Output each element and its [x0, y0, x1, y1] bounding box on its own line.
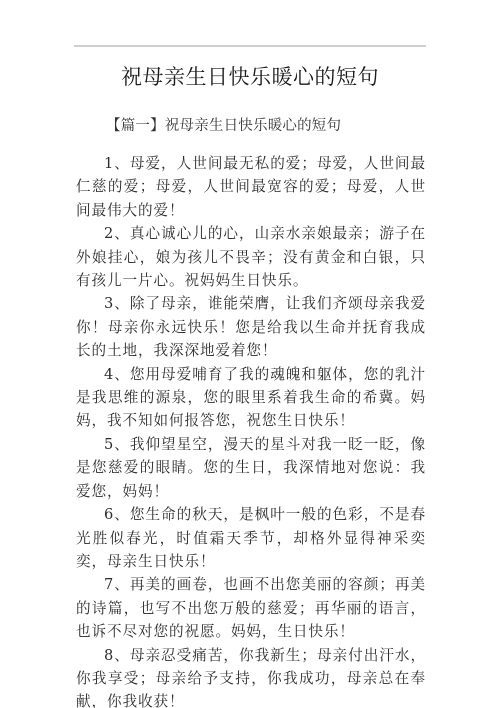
paragraph-3: 3、除了母亲，谁能荣膺，让我们齐颂母亲我爱你！母亲你永远快乐！您是给我以生命并抚… — [76, 292, 426, 362]
section-heading: 【篇一】祝母亲生日快乐暖心的短句 — [106, 114, 341, 135]
paragraph-7: 7、再美的画卷，也画不出您美丽的容颜；再美的诗篇，也写不出您万般的慈爱；再华丽的… — [76, 573, 426, 643]
paragraph-5: 5、我仰望星空，漫天的星斗对我一眨一眨，像是您慈爱的眼睛。您的生日，我深情地对您… — [76, 433, 426, 503]
paragraph-1: 1、母爱，人世间最无私的爱；母爱，人世间最仁慈的爱；母爱，人世间最宽容的爱；母爱… — [76, 152, 426, 222]
document-title: 祝母亲生日快乐暖心的短句 — [0, 61, 500, 91]
paragraph-2: 2、真心诚心儿的心，山亲水亲娘最亲；游子在外娘挂心，娘为孩儿不畏辛；没有黄金和白… — [76, 222, 426, 292]
paragraph-8: 8、母亲忍受痛苦，你我新生；母亲付出汗水，你我享受；母亲给予支持，你我成功，母亲… — [76, 644, 426, 708]
header-divider — [74, 45, 426, 47]
paragraph-6: 6、您生命的秋天，是枫叶一般的色彩，不是春光胜似春光，时值霜天季节，却格外显得神… — [76, 503, 426, 573]
document-page: 祝母亲生日快乐暖心的短句 【篇一】祝母亲生日快乐暖心的短句 1、母爱，人世间最无… — [0, 0, 500, 708]
document-body: 1、母爱，人世间最无私的爱；母爱，人世间最仁慈的爱；母爱，人世间最宽容的爱；母爱… — [76, 152, 426, 708]
paragraph-4: 4、您用母爱哺育了我的魂魄和躯体，您的乳汁是我思维的源泉，您的眼里系着我生命的希… — [76, 363, 426, 433]
